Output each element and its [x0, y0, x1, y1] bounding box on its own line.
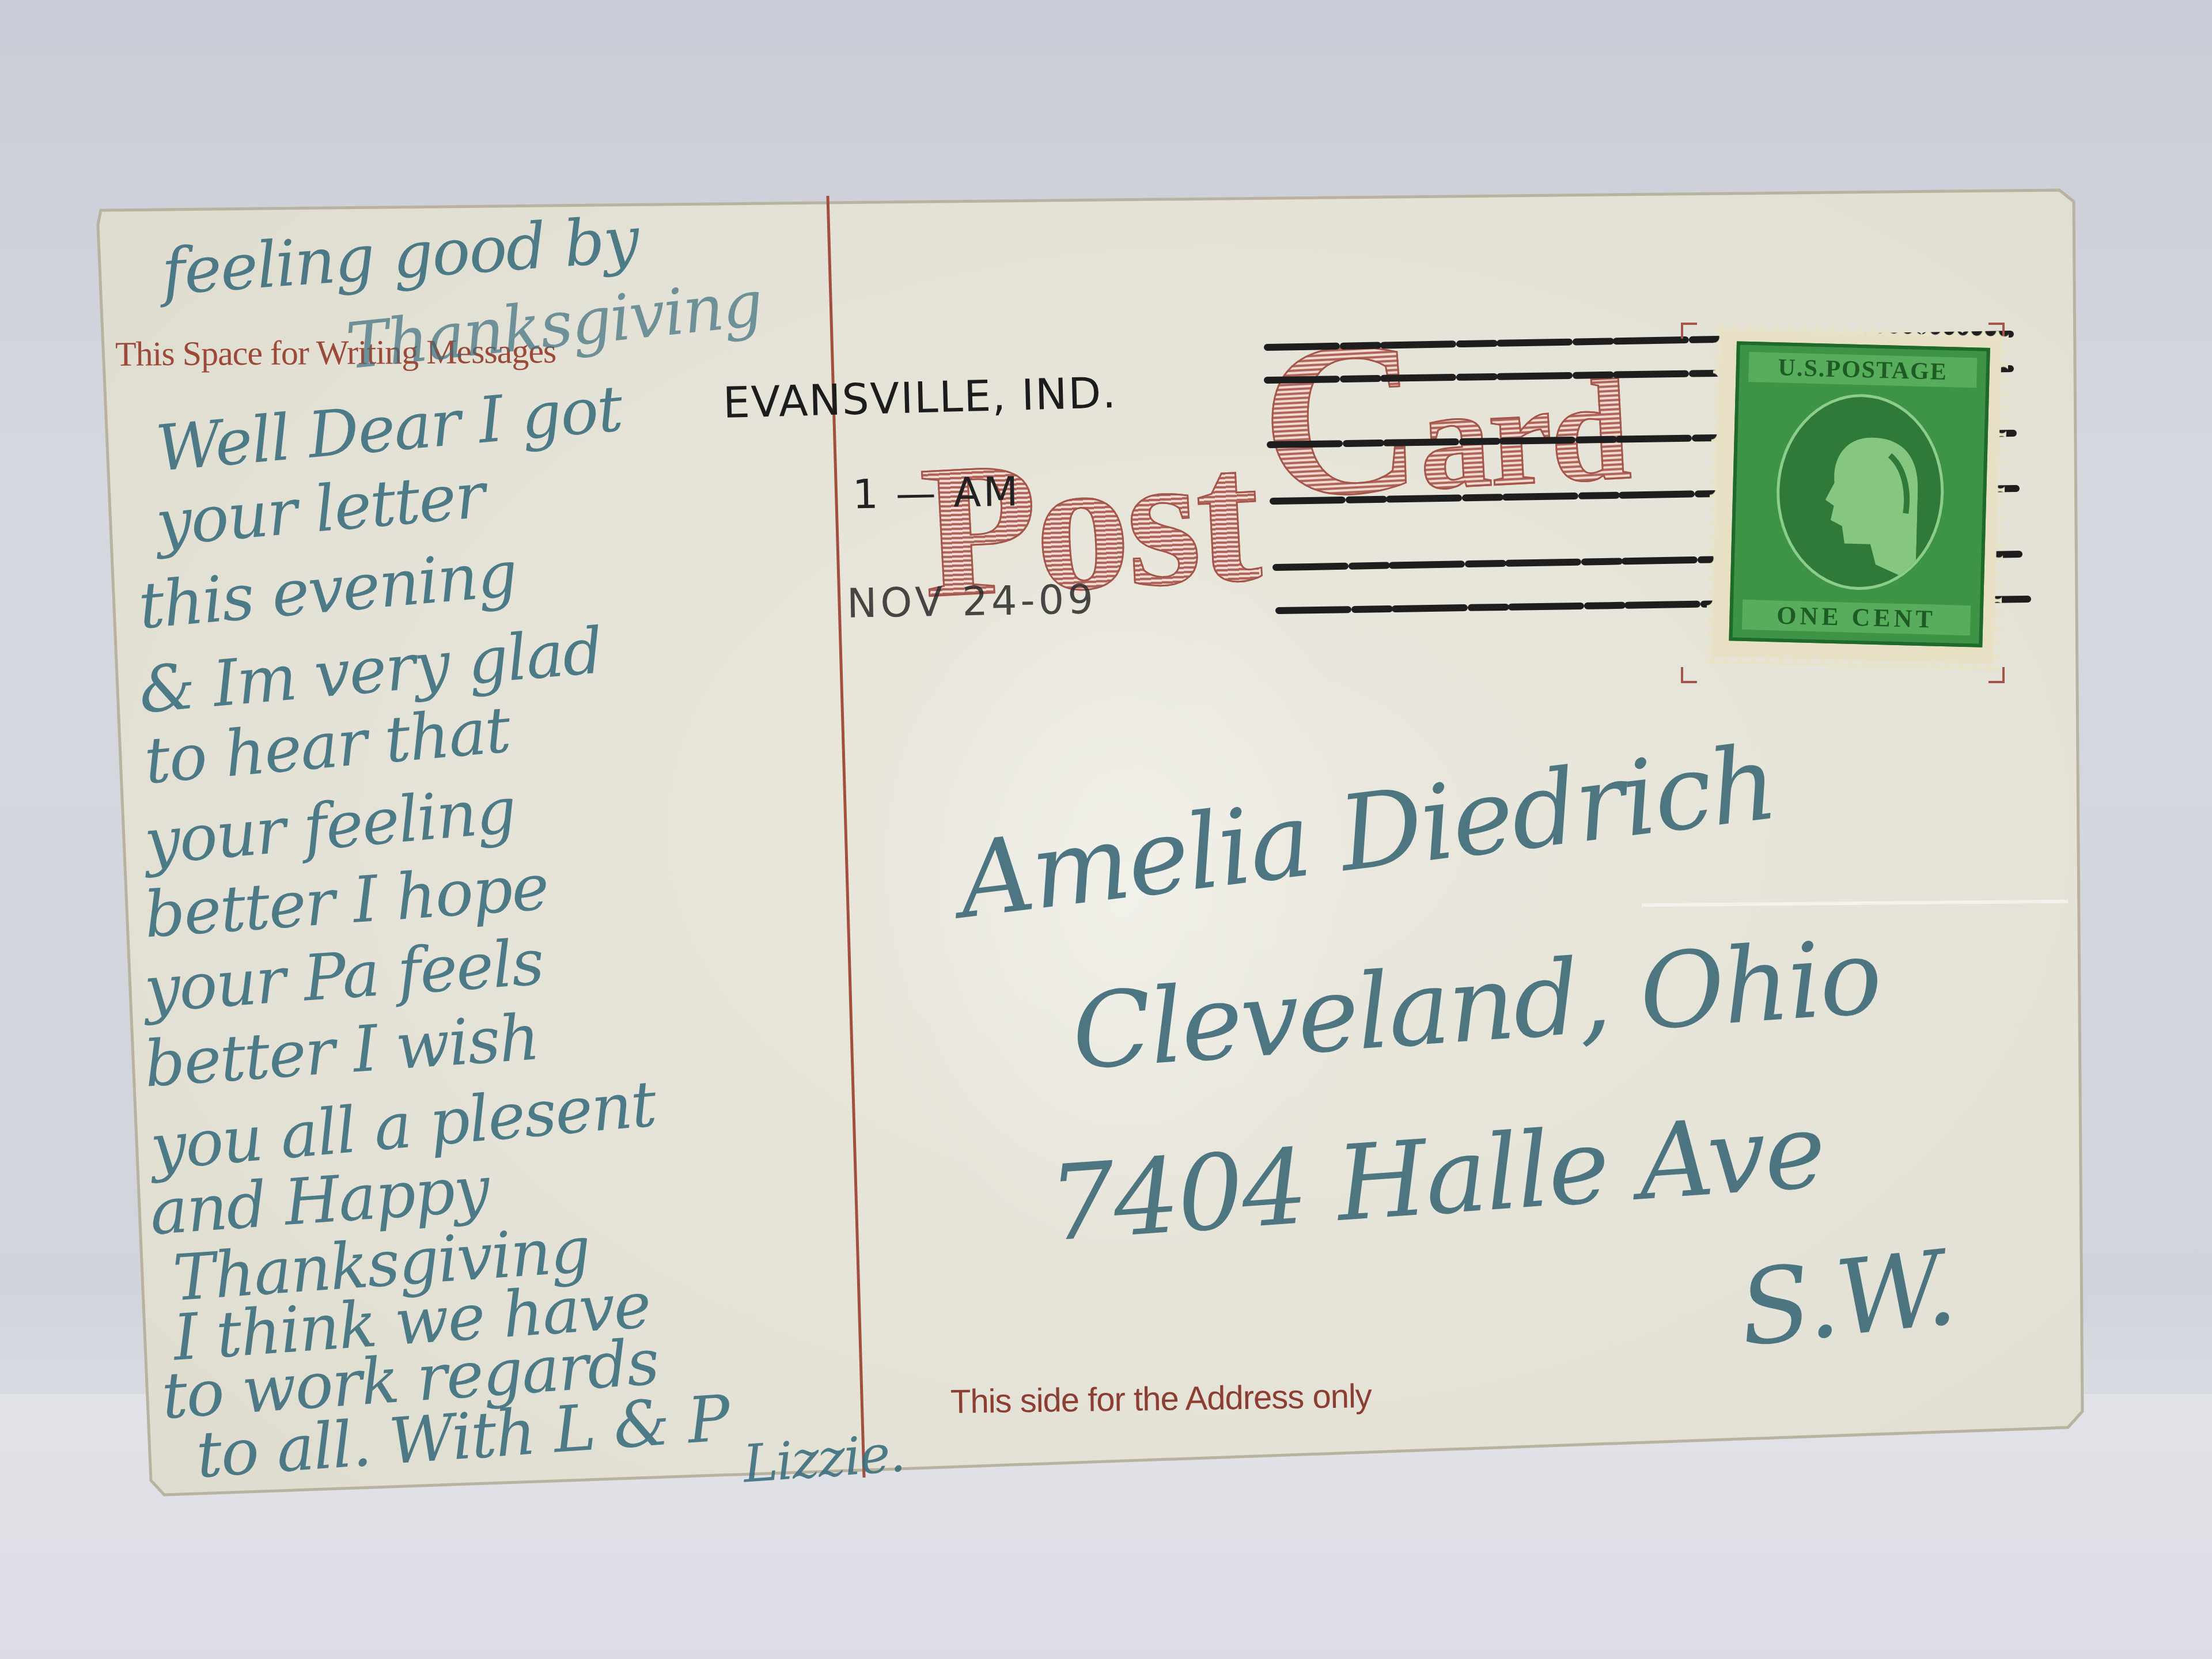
stamp-bottom-text: ONE CENT	[1742, 600, 1971, 635]
stamp-corner-mark	[1988, 323, 2005, 339]
heading-post: Post	[916, 406, 1262, 642]
message-line: Well Dear I got	[153, 372, 624, 486]
message-line: and Happy	[147, 1152, 491, 1249]
stamp-corner-mark	[1988, 667, 2005, 683]
stamp-top-text: U.S.POSTAGE	[1748, 352, 1977, 388]
address-line-name: Amelia Diedrich	[952, 722, 1782, 942]
message-line: your feeling	[142, 773, 518, 879]
message-line: feeling good by	[160, 202, 641, 309]
stamp-portrait-frame	[1774, 392, 1946, 592]
address-line-street: 7404 Halle Ave	[1045, 1090, 1828, 1264]
heading-card: Card	[1255, 279, 1633, 550]
message-line: you all a plesent	[147, 1067, 658, 1184]
message-line: better I hope	[142, 850, 550, 952]
embossed-decoration	[864, 518, 1382, 1267]
message-line: Thanksgiving	[171, 1213, 592, 1315]
stamp-paper	[1713, 331, 2002, 664]
postmark-time: 1 — AM	[852, 468, 1021, 518]
message-line: this evening	[136, 537, 520, 643]
stamp-face: U.S.POSTAGE ONE CENT	[1729, 341, 1990, 647]
address-line-district: S.W.	[1734, 1228, 1960, 1370]
message-line: & Im very glad	[136, 613, 605, 728]
message-line: better I wish	[142, 1000, 541, 1101]
portrait-profile-icon	[1800, 419, 1919, 583]
postage-stamp: U.S.POSTAGE ONE CENT	[1705, 323, 2009, 671]
postmark-city: EVANSVILLE, IND.	[722, 368, 1118, 428]
embossed-crease	[1642, 900, 2068, 907]
table-surface	[0, 1394, 2212, 1659]
address-line-city: Cleveland, Ohio	[1068, 916, 1884, 1093]
message-line: your letter	[153, 458, 487, 560]
message-line: I think we have	[171, 1268, 653, 1375]
postmark-date: NOV 24-09	[846, 575, 1097, 627]
stamp-perforations	[1705, 323, 2009, 671]
message-line: to hear that	[142, 693, 513, 798]
stamp-corner-mark	[1681, 323, 1697, 339]
message-line: your Pa feels	[142, 925, 545, 1027]
message-line: Thanksgiving	[343, 267, 765, 384]
message-space-label: This Space for Writing Messages	[115, 331, 556, 374]
stamp-corner-mark	[1681, 667, 1697, 683]
